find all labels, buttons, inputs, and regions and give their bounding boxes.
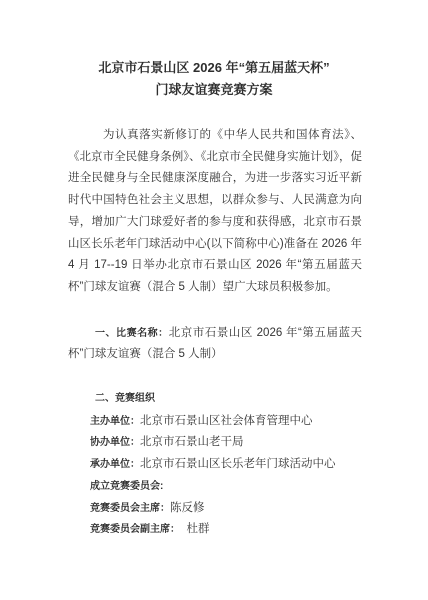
org-line-undertaker-label: 承办单位：: [90, 459, 140, 470]
org-line-co-organizer-label: 协办单位：: [90, 437, 140, 448]
org-line-host-label: 主办单位：: [90, 416, 140, 427]
org-line-vice-chairman-label: 竞赛委员会副主席：: [90, 524, 175, 535]
org-line-host-content: 北京市石景山区社会体育管理中心: [140, 415, 313, 427]
org-line-vice-chairman-content: 杜群: [175, 523, 210, 535]
org-line-chairman-label: 竞赛委员会主席：: [90, 503, 170, 514]
org-line-vice-chairman: 竞赛委员会副主席： 杜群: [90, 519, 362, 541]
intro-paragraph: 为认真落实新修订的《中华人民共和国体育法》、《北京市全民健身条例》、《北京市全民…: [68, 125, 362, 299]
title-line-2: 门球友谊赛竞赛方案: [0, 79, 428, 101]
org-line-co-organizer-content: 北京市石景山老干局: [140, 436, 244, 448]
title-line-1: 北京市石景山区 2026 年“第五届蓝天杯”: [0, 57, 428, 79]
document-title: 北京市石景山区 2026 年“第五届蓝天杯” 门球友谊赛竞赛方案: [0, 0, 428, 101]
org-line-chairman: 竞赛委员会主席：陈反修: [90, 498, 362, 520]
section-1-label: 一、比赛名称：: [95, 328, 169, 339]
org-line-chairman-content: 陈反修: [170, 502, 205, 514]
org-line-undertaker-content: 北京市石景山区长乐老年门球活动中心: [140, 458, 336, 470]
document-page: 北京市石景山区 2026 年“第五届蓝天杯” 门球友谊赛竞赛方案 为认真落实新修…: [0, 0, 428, 600]
org-line-host: 主办单位：北京市石景山区社会体育管理中心: [90, 411, 362, 433]
organization-list: 主办单位：北京市石景山区社会体育管理中心 协办单位：北京市石景山老干局 承办单位…: [90, 411, 362, 541]
org-line-committee-label: 成立竞赛委员会:: [90, 481, 163, 492]
org-line-co-organizer: 协办单位：北京市石景山老干局: [90, 432, 362, 454]
section-1-competition-name: 一、比赛名称：北京市石景山区 2026 年“第五届蓝天杯”门球友谊赛（混合 5 …: [68, 323, 362, 366]
section-2-competition-organization: 二、竞赛组织: [68, 388, 362, 410]
org-line-undertaker: 承办单位：北京市石景山区长乐老年门球活动中心: [90, 454, 362, 476]
org-line-committee: 成立竞赛委员会:: [90, 476, 362, 498]
section-2-label: 二、竞赛组织: [95, 393, 155, 404]
